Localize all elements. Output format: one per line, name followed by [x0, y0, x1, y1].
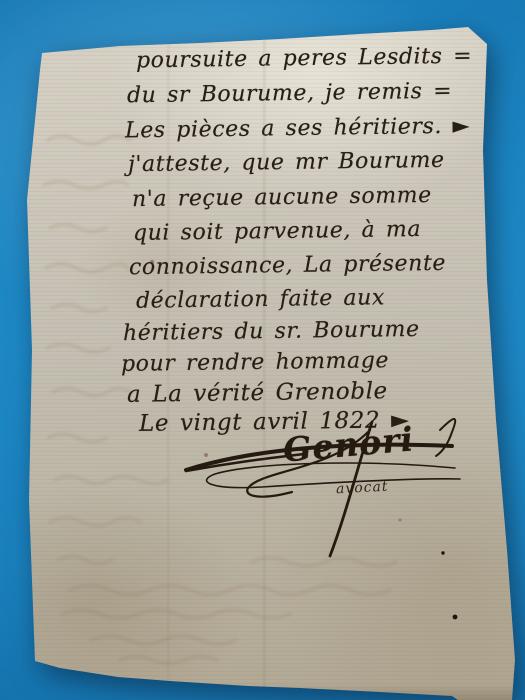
manuscript-line: poursuite a peres Lesdits = — [136, 44, 473, 74]
signature-title: avocat — [336, 479, 389, 498]
manuscript-line: connoissance, La présente — [129, 251, 446, 280]
manuscript-line: Les pièces a ses héritiers. ► — [125, 114, 470, 144]
ink-speck — [441, 551, 444, 554]
manuscript-paper: poursuite a peres Lesdits = du sr Bourum… — [0, 0, 525, 700]
photo-background: poursuite a peres Lesdits = du sr Bourum… — [0, 0, 525, 700]
manuscript-line: a La vérité Grenoble — [127, 378, 388, 408]
manuscript-line: j'atteste, que mr Bourume — [128, 148, 445, 177]
ink-speck — [453, 615, 458, 620]
manuscript-line: pour rendre hommage — [121, 348, 389, 377]
manuscript-line: qui soit parvenue, à ma — [133, 217, 421, 246]
manuscript-line: héritiers du sr. Bourume — [123, 317, 420, 346]
manuscript-line: déclaration faite aux — [136, 285, 385, 313]
paper-shadow: poursuite a peres Lesdits = du sr Bourum… — [0, 0, 525, 700]
manuscript-line: du sr Bourume, je remis = — [127, 79, 452, 109]
manuscript-line: n'a reçue aucune somme — [132, 183, 432, 212]
